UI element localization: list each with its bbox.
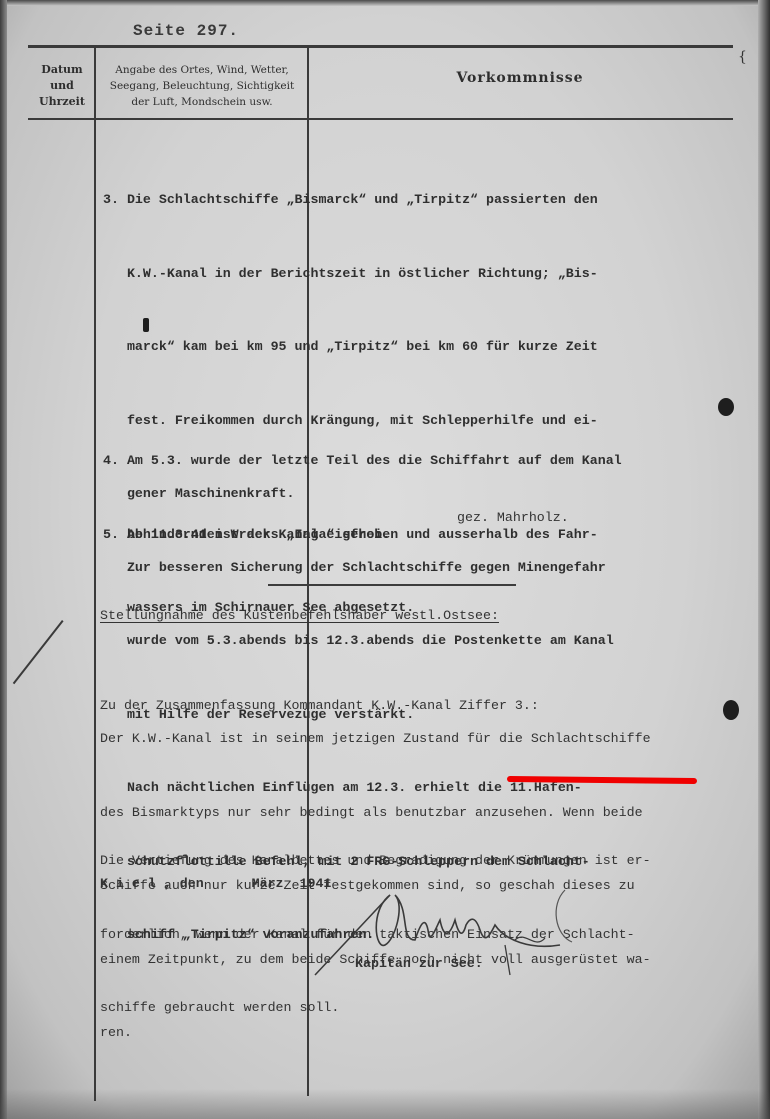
text-line: schiffe gebraucht werden soll. <box>100 996 651 1021</box>
column-header-line: Uhrzeit <box>30 94 94 110</box>
column-header-line: Seegang, Beleuchtung, Sichtigkeit <box>97 78 307 94</box>
column-header-line: Angabe des Ortes, Wind, Wetter, <box>97 62 307 78</box>
text-line: 3. Die Schlachtschiffe „Bismarck“ und „T… <box>103 188 614 213</box>
column-header-date-time: Datum und Uhrzeit <box>30 62 94 110</box>
place-and-date: K i e l , den März 1941 <box>100 876 331 891</box>
column-header-line: Datum <box>30 62 94 78</box>
column-header-location-weather: Angabe des Ortes, Wind, Wetter, Seegang,… <box>97 62 307 110</box>
margin-bracket-mark: { <box>738 48 747 66</box>
table-top-rule <box>28 45 733 48</box>
signed-by: gez. Mahrholz. <box>457 510 569 525</box>
column-header-events: Vorkommnisse <box>310 70 730 86</box>
column-header-line: und <box>30 78 94 94</box>
column-header-line: der Luft, Mondschein usw. <box>97 94 307 110</box>
text-line: K.W.-Kanal in der Berichtszeit in östlic… <box>103 262 614 287</box>
table-header-bottom-rule <box>28 118 733 120</box>
ink-blot <box>143 318 149 332</box>
section-separator-rule <box>268 584 516 586</box>
report-item-5: 5. Ab 11.3.41 ist der Kanal eisfrei. <box>103 474 390 597</box>
scan-edge-top <box>0 0 770 6</box>
scanned-document-page: Seite 297. Datum und Uhrzeit Angabe des … <box>0 0 770 1119</box>
statement-heading: Stellungnahme des Küstenbefehlshaber wes… <box>100 608 499 623</box>
ink-blot <box>723 700 739 720</box>
scan-edge-left <box>0 0 7 1119</box>
signature-rank: Kapitän zur See. <box>355 956 483 971</box>
text-line: marck“ kam bei km 95 und „Tirpitz“ bei k… <box>103 335 614 360</box>
diagonal-pen-stroke <box>13 620 64 684</box>
text-line: 4. Am 5.3. wurde der letzte Teil des die… <box>103 449 622 474</box>
ink-blot <box>718 398 734 416</box>
column-divider-1 <box>94 46 96 1101</box>
scan-edge-right <box>758 0 770 1119</box>
text-line: Der K.W.-Kanal ist in seinem jetzigen Zu… <box>100 727 651 752</box>
page-number: Seite 297. <box>133 22 239 40</box>
text-line: 5. Ab 11.3.41 ist der Kanal eisfrei. <box>103 523 390 548</box>
